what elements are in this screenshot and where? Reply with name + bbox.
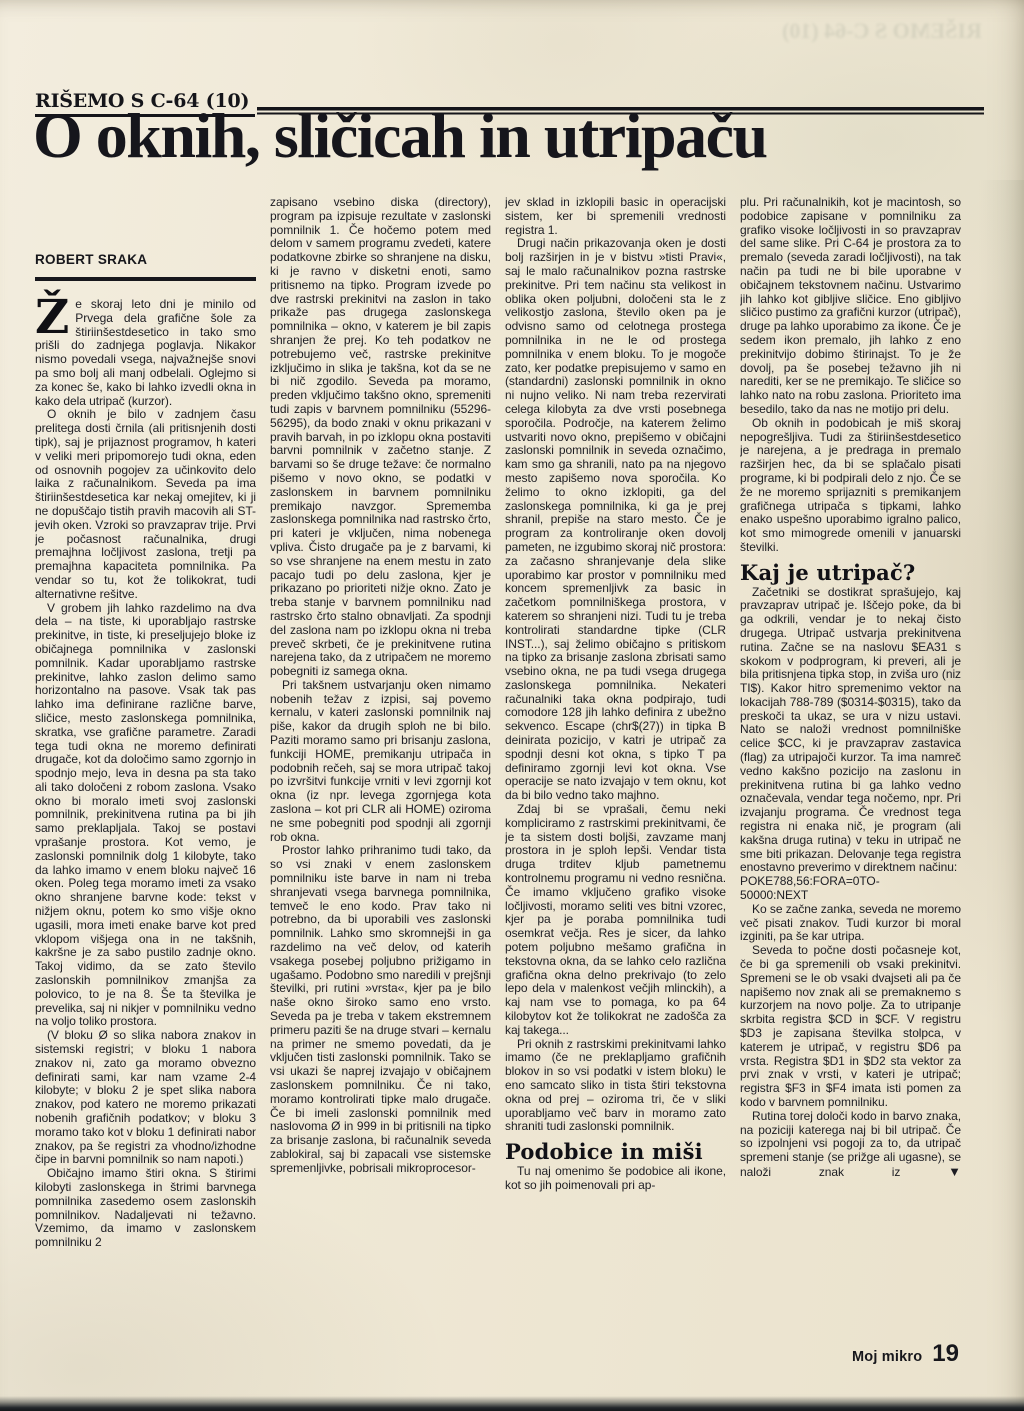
body-paragraph: jev sklad in izklopili basic in operacij… (505, 196, 726, 237)
page-number: 19 (932, 1340, 959, 1368)
body-paragraph: POKE788,56:FORA=0TO- 50000:NEXT (740, 875, 961, 903)
column-3: jev sklad in izklopili basic in operacij… (505, 196, 726, 1344)
magazine-page: RIŠEMO S C-64 (10) RIŠEMO S C-64 (10) O … (0, 0, 1024, 1411)
body-paragraph: Pri takšnem ustvarjanju oken nimamo nobe… (270, 679, 491, 845)
body-paragraph: Rutina torej določi kodo in barvo znaka,… (740, 1110, 961, 1180)
body-paragraph: O oknih je bilo v zadnjem času prelitega… (35, 408, 256, 601)
column-4-body: plu. Pri računalnikih, kot je macintosh,… (740, 196, 961, 1180)
body-paragraph: Zdaj bi se vprašali, čemu neki komplicir… (505, 803, 726, 1038)
section-heading: Podobice in miši (505, 1145, 726, 1159)
body-paragraph: Ob oknih in podobicah je miš skoraj nepo… (740, 417, 961, 555)
body-paragraph: Drugi način prikazovanja oken je dosti b… (505, 237, 726, 803)
body-paragraph: Prostor lahko prihranimo tudi tako, da s… (270, 844, 491, 1175)
continuation-arrow-icon: ▼ (948, 1164, 961, 1179)
byline-rule (35, 277, 256, 281)
column-3-body: jev sklad in izklopili basic in operacij… (505, 196, 726, 1193)
body-paragraph: Tu naj omenimo še podobice ali ikone, ko… (505, 1165, 726, 1193)
body-paragraph: Začetniki se dostikrat sprašujejo, kaj p… (740, 586, 961, 876)
body-paragraph: Pri oknih z rastrskimi prekinitvami lahk… (505, 1038, 726, 1135)
column-2: zapisano vsebino diska (directory), prog… (270, 196, 491, 1344)
body-paragraph: Običajno imamo štiri okna. S štirimi kil… (35, 1167, 256, 1250)
body-paragraph: Ko se začne zanka, seveda ne moremo več … (740, 903, 961, 944)
section-heading: Kaj je utripač? (740, 566, 961, 580)
body-paragraph: Seveda to počne dosti počasneje kot, če … (740, 944, 961, 1110)
author-byline: ROBERT SRAKA (35, 252, 256, 267)
body-paragraph: plu. Pri računalnikih, kot je macintosh,… (740, 196, 961, 417)
body-paragraph: V grobem jih lahko razdelimo na dva dela… (35, 602, 256, 1030)
column-4: plu. Pri računalnikih, kot je macintosh,… (740, 196, 961, 1344)
print-bleed-ghost: RIŠEMO S C-64 (10) (782, 18, 982, 44)
lead-paragraph: Že skoraj leto dni je minilo od Prvega d… (35, 298, 256, 408)
magazine-name: Moj mikro (852, 1349, 922, 1365)
scan-edge-band (0, 1396, 1024, 1411)
body-paragraph: zapisano vsebino diska (directory), prog… (270, 196, 491, 679)
column-1: ROBERT SRAKA Že skoraj leto dni je minil… (35, 196, 256, 1344)
page-footer: Moj mikro 19 (735, 1340, 959, 1368)
column-2-body: zapisano vsebino diska (directory), prog… (270, 196, 491, 1176)
drop-cap: Ž (35, 298, 75, 334)
article-columns: ROBERT SRAKA Že skoraj leto dni je minil… (35, 196, 961, 1344)
body-paragraph: (V bloku Ø so slika nabora znakov in sis… (35, 1029, 256, 1167)
column-1-body: Že skoraj leto dni je minilo od Prvega d… (35, 298, 256, 1250)
article-title: O oknih, sličicah in utripaču (33, 102, 973, 169)
scan-edge-smudge (978, 180, 1024, 680)
